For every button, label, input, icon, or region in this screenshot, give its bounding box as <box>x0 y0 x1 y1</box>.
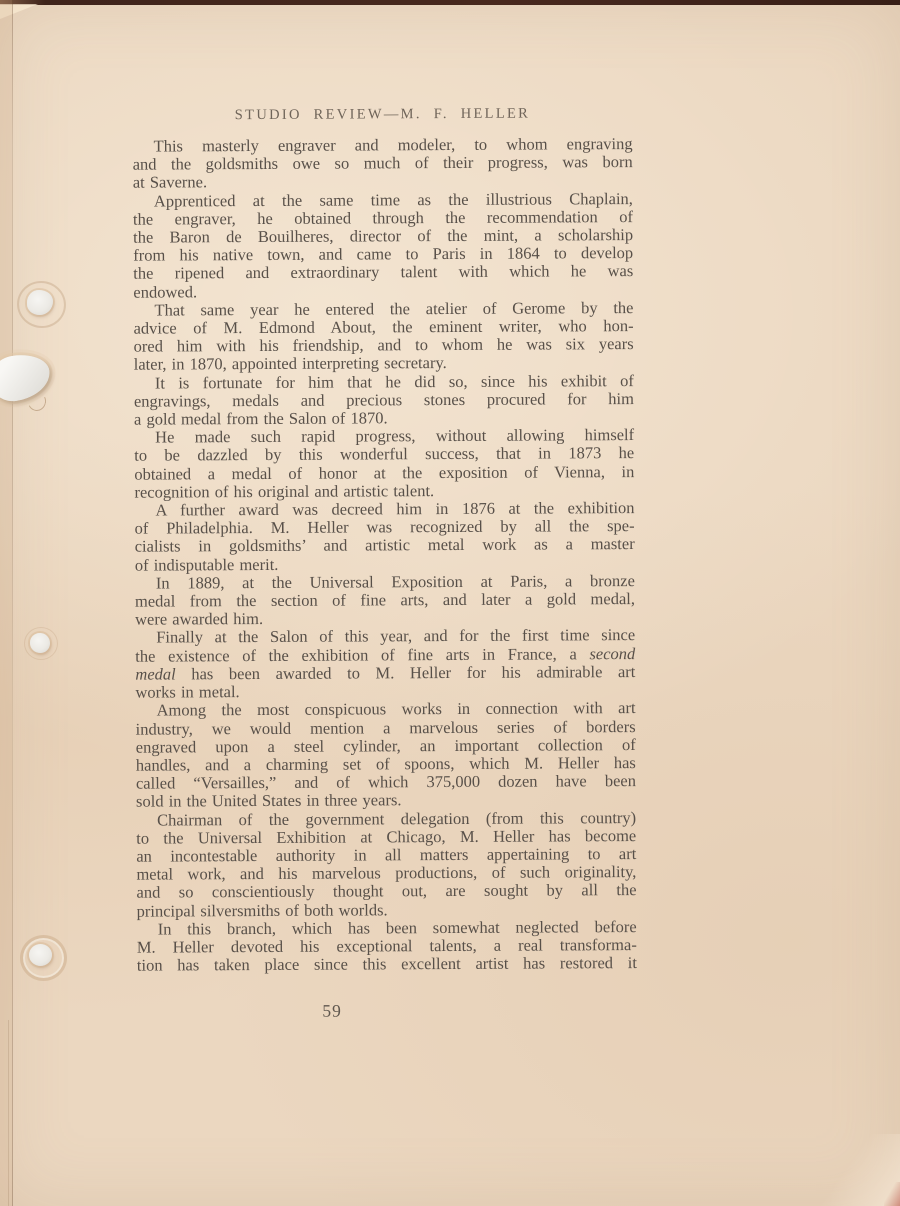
paragraph: In 1889, at the Universal Exposition at … <box>135 572 635 629</box>
scanned-page: STUDIO REVIEW—M. F. HELLER This masterly… <box>0 0 900 1206</box>
paragraph: Chairman of the government delegation (f… <box>136 809 637 921</box>
paragraph: Finally at the Salon of this year, and f… <box>135 627 635 702</box>
paragraph: In this branch, which has been somewhat … <box>137 918 637 975</box>
paragraph: That same year he entered the atelier of… <box>133 299 633 374</box>
text-line: tion has taken place since this excellen… <box>137 954 637 975</box>
page-number: 59 <box>302 1000 362 1021</box>
paragraph: Among the most conspicuous works in conn… <box>136 699 637 811</box>
paragraph: He made such rapid progress, without all… <box>134 426 634 501</box>
body-text: This masterly engraver and modeler, to w… <box>133 135 637 975</box>
page-content: STUDIO REVIEW—M. F. HELLER This masterly… <box>0 0 900 1206</box>
paragraph: A further award was decreed him in 1876 … <box>134 499 634 574</box>
running-head-title: STUDIO REVIEW—M. F. HELLER <box>132 105 632 125</box>
text-line: and so conscientiously thought out, are … <box>136 881 636 902</box>
text-line: cialists in goldsmiths’ and artistic met… <box>135 536 635 557</box>
text-line: medal has been awarded to M. Heller for … <box>135 663 635 684</box>
paragraph: It is fortunate for him that he did so, … <box>134 372 634 429</box>
paragraph: This masterly engraver and modeler, to w… <box>133 135 633 192</box>
text-line: the ripened and extraordinary talent wit… <box>133 262 633 283</box>
text-line: medal from the section of fine arts, and… <box>135 590 635 611</box>
paragraph: Apprenticed at the same time as the illu… <box>133 190 634 302</box>
text-line: and the goldsmiths owe so much of their … <box>133 153 633 174</box>
